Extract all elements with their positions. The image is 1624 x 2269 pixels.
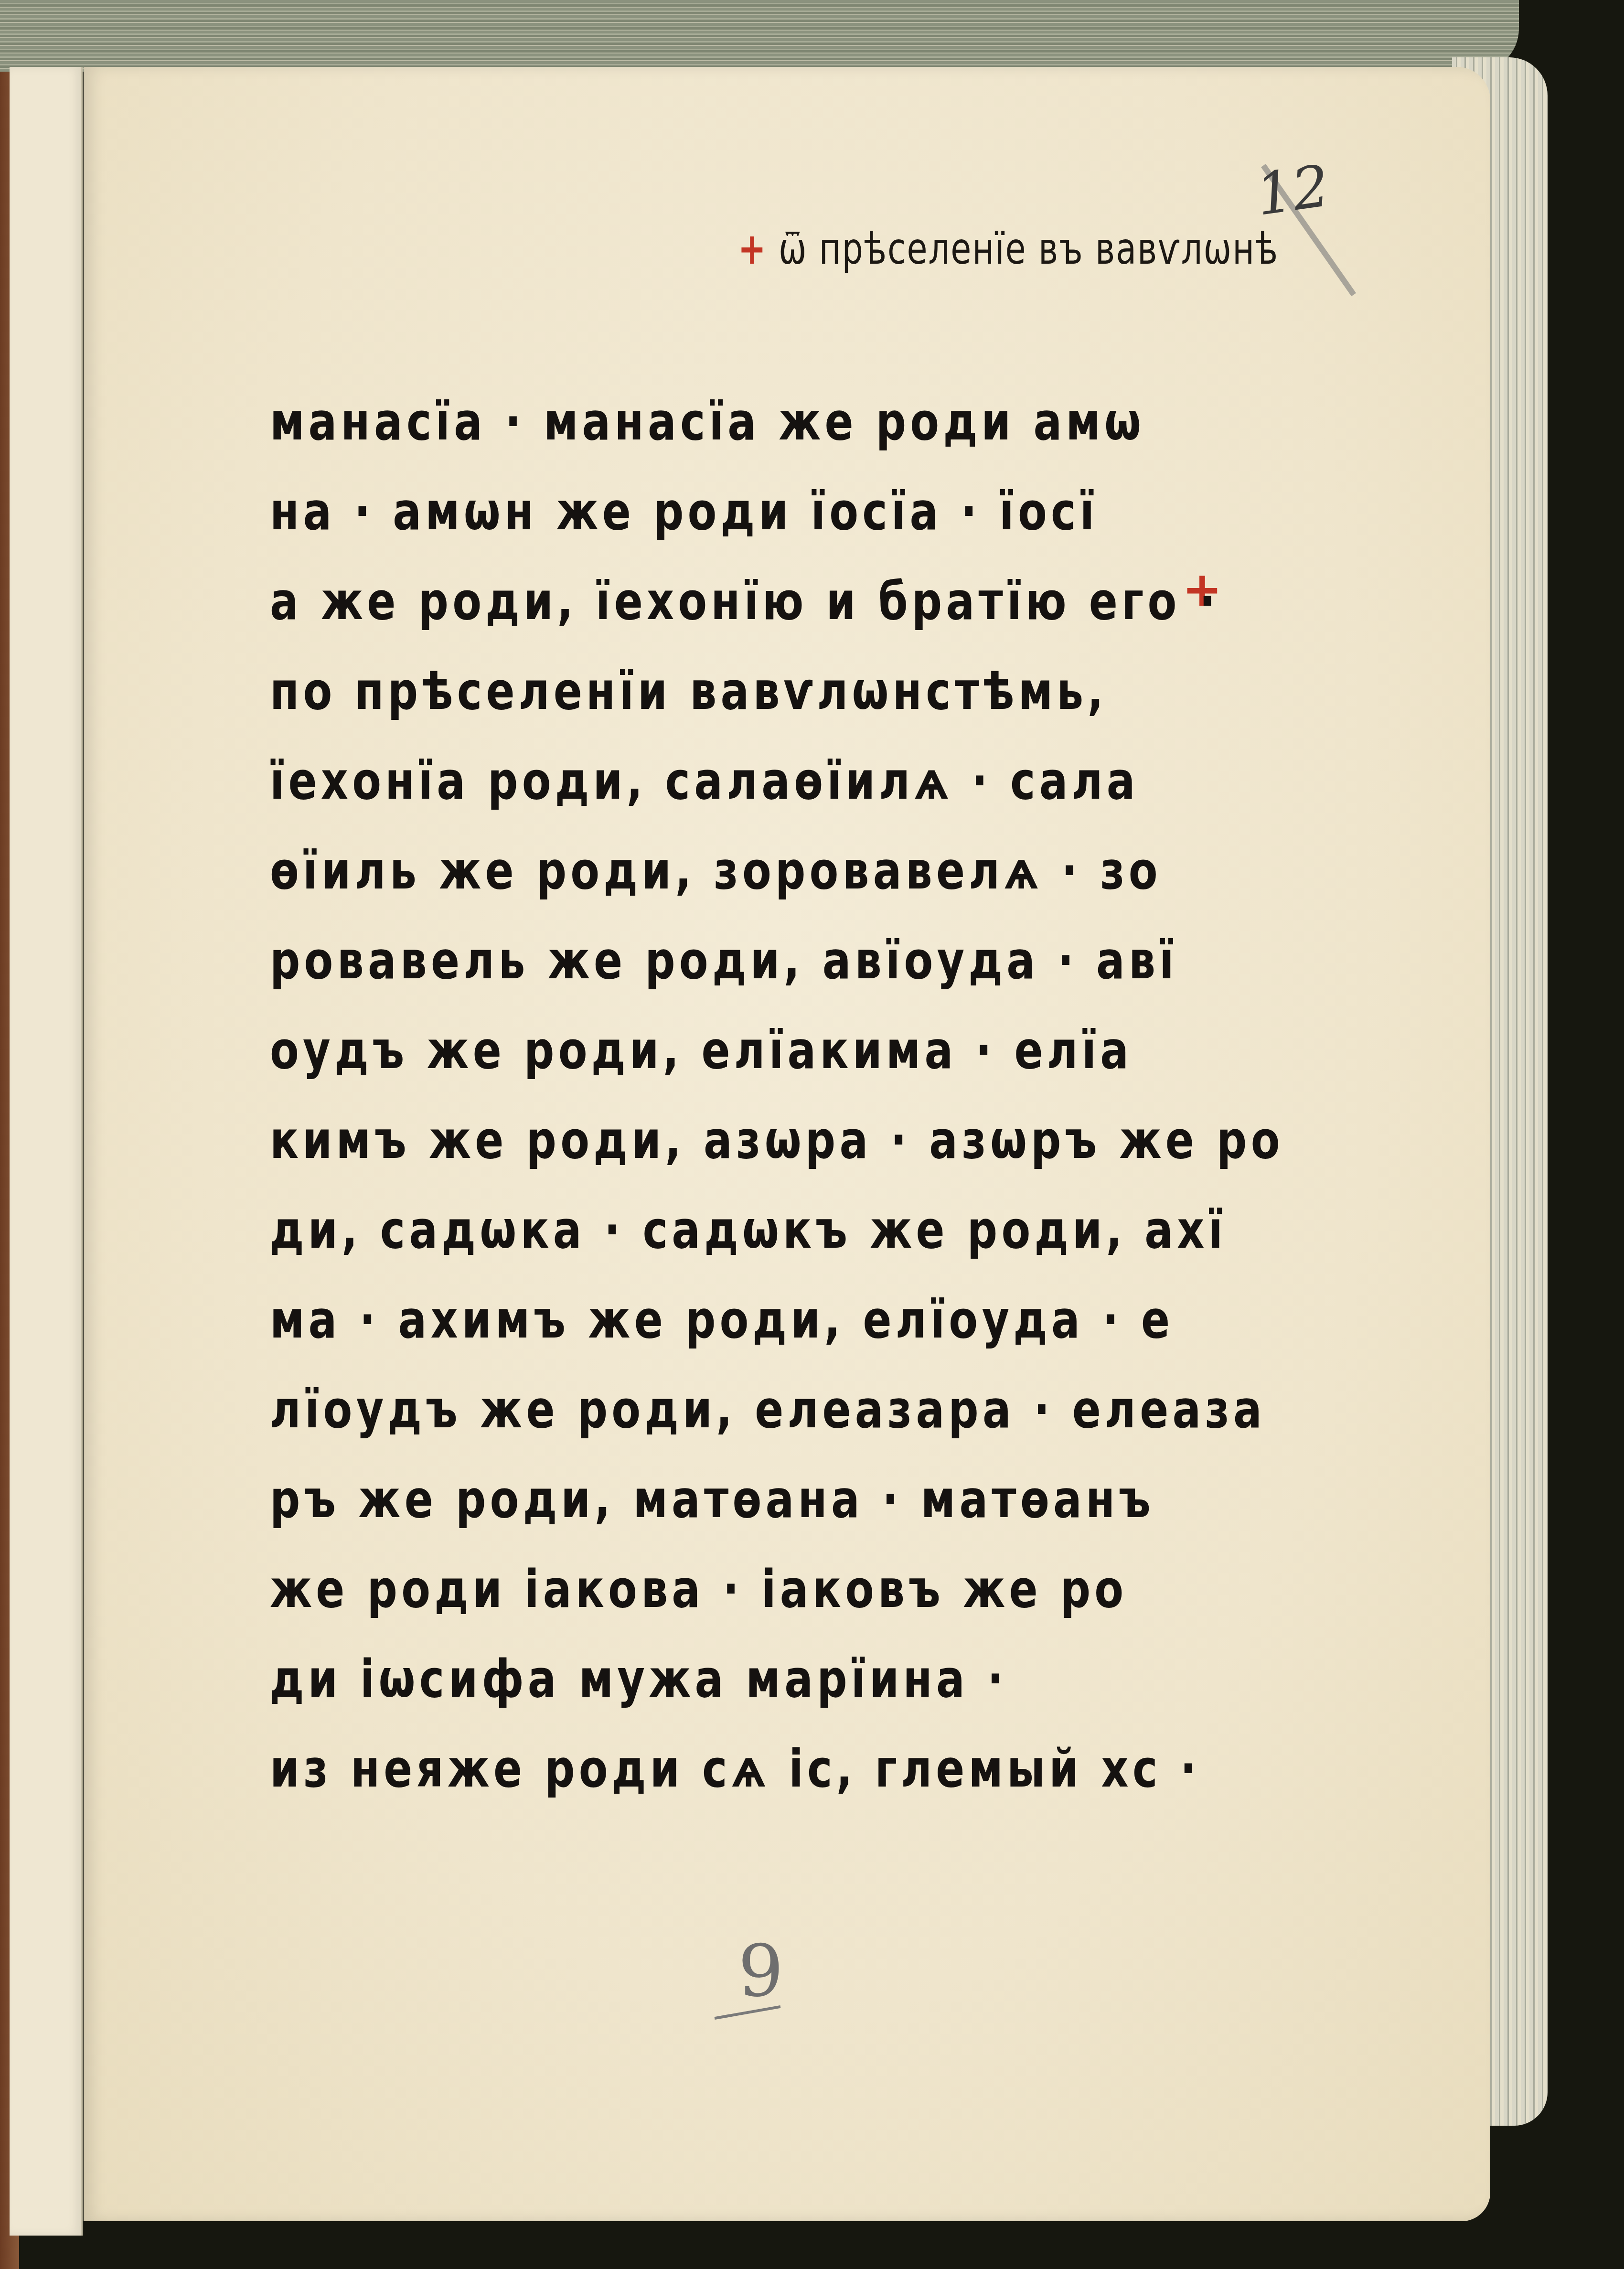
text-line: ди, садѡка · садѡкъ же роди, ахї <box>270 1186 1073 1275</box>
text-line: по прѣселенїи вавѵлѡнстѣмь, <box>270 647 1073 737</box>
text-line: ѳїиль же роди, зоровавелѧ · зо <box>270 826 1073 916</box>
text-line: лїоудъ же роди, елеазара · елеаза <box>270 1365 1073 1455</box>
text-line: из неяже роди сѧ іс, глемый хс · <box>270 1724 1073 1814</box>
pencil-page-number: 9 <box>738 1930 783 2013</box>
text-block: манасїа · манасїа же роди амѡ на · амѡн … <box>270 377 1249 1814</box>
text-line: ди іѡсифа мужа марїина · <box>270 1635 1073 1724</box>
text-line: ръ же роди, матѳана · матѳанъ <box>270 1455 1073 1545</box>
page-heading: + ѿ прѣселенїе въ вавѵлѡнѣ <box>738 224 1279 275</box>
text-line: а же роди, їехонїю и братїю его · <box>270 557 1073 647</box>
text-line: ма · ахимъ же роди, елїоуда · е <box>270 1275 1073 1365</box>
text-line: їехонїа роди, салаѳїилѧ · сала <box>270 737 1073 826</box>
text-line: же роди іакова · іаковъ же ро <box>270 1545 1073 1635</box>
heading-text: ѿ прѣселенїе въ вавѵлѡнѣ <box>779 224 1279 275</box>
text-line: манасїа · манасїа же роди амѡ <box>270 377 1073 467</box>
text-line: ровавель же роди, авїоуда · авї <box>270 916 1073 1006</box>
text-line: оудъ же роди, елїакима · елїа <box>270 1006 1073 1096</box>
rubric-cross-icon: + <box>738 224 767 275</box>
book-top-edge <box>0 0 1519 72</box>
text-line: на · амѡн же роди їосїа · їосї <box>270 467 1073 557</box>
folio-number: 12 <box>1252 153 1334 229</box>
facing-page-edge <box>10 67 83 2236</box>
text-line: кимъ же роди, азѡра · азѡръ же ро <box>270 1096 1073 1186</box>
